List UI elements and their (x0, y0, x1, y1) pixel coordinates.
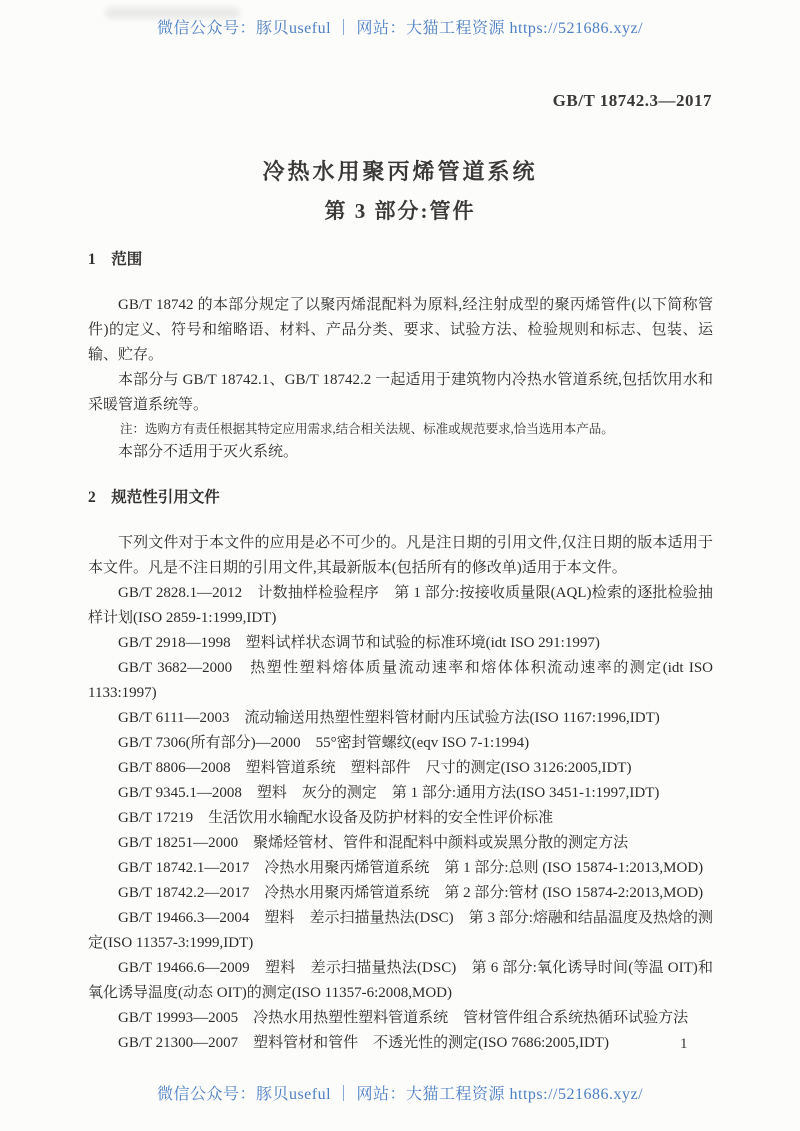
reference-item: GB/T 19993—2005 冷热水用热塑性塑料管道系统 管材管件组合系统热循… (88, 1006, 713, 1031)
reference-item: GB/T 2918—1998 塑料试样状态调节和试验的标准环境(idt ISO … (88, 631, 713, 656)
watermark-top: 微信公众号：豚贝useful ｜ 网站：大猫工程资源 https://52168… (0, 15, 800, 38)
document-body: 1 范围 GB/T 18742 的本部分规定了以聚丙烯混配料为原料,经注射成型的… (88, 249, 713, 1056)
reference-item: GB/T 18742.2—2017 冷热水用聚丙烯管道系统 第 2 部分:管材 … (88, 881, 713, 906)
reference-item: GB/T 19466.6—2009 塑料 差示扫描量热法(DSC) 第 6 部分… (88, 956, 713, 1006)
reference-item: GB/T 6111—2003 流动输送用热塑性塑料管材耐内压试验方法(ISO 1… (88, 706, 713, 731)
reference-item: GB/T 3682—2000 热塑性塑料熔体质量流动速率和熔体体积流动速率的测定… (88, 656, 713, 706)
reference-item: GB/T 17219 生活饮用水输配水设备及防护材料的安全性评价标准 (88, 806, 713, 831)
document-page: 微信公众号：豚贝useful ｜ 网站：大猫工程资源 https://52168… (0, 0, 800, 1131)
reference-item: GB/T 9345.1—2008 塑料 灰分的测定 第 1 部分:通用方法(IS… (88, 781, 713, 806)
reference-item: GB/T 19466.3—2004 塑料 差示扫描量热法(DSC) 第 3 部分… (88, 906, 713, 956)
reference-item: GB/T 21300—2007 塑料管材和管件 不透光性的测定(ISO 7686… (88, 1031, 713, 1056)
reference-item: GB/T 7306(所有部分)—2000 55°密封管螺纹(eqv ISO 7-… (88, 731, 713, 756)
reference-item: GB/T 8806—2008 塑料管道系统 塑料部件 尺寸的测定(ISO 312… (88, 756, 713, 781)
normative-intro: 下列文件对于本文件的应用是必不可少的。凡是注日期的引用文件,仅注日期的版本适用于… (88, 531, 713, 581)
reference-item: GB/T 18251—2000 聚烯烃管材、管件和混配料中颜料或炭黑分散的测定方… (88, 831, 713, 856)
page-number: 1 (680, 1036, 688, 1053)
scope-paragraph-1: GB/T 18742 的本部分规定了以聚丙烯混配料为原料,经注射成型的聚丙烯管件… (88, 293, 713, 368)
watermark-bottom: 微信公众号：豚贝useful ｜ 网站：大猫工程资源 https://52168… (0, 1081, 800, 1104)
document-title-line2: 第 3 部分:管件 (0, 195, 800, 225)
reference-item: GB/T 2828.1—2012 计数抽样检验程序 第 1 部分:按接收质量限(… (88, 581, 713, 631)
section-1-heading: 1 范围 (88, 249, 713, 271)
document-title: 冷热水用聚丙烯管道系统 第 3 部分:管件 (0, 155, 800, 225)
reference-item: GB/T 18742.1—2017 冷热水用聚丙烯管道系统 第 1 部分:总则 … (88, 856, 713, 881)
scope-note: 注：选购方有责任根据其特定应用需求,结合相关法规、标准或规范要求,恰当选用本产品… (88, 418, 713, 440)
document-title-line1: 冷热水用聚丙烯管道系统 (0, 155, 800, 186)
section-2-heading: 2 规范性引用文件 (88, 487, 713, 509)
standard-number: GB/T 18742.3—2017 (553, 91, 712, 111)
scope-paragraph-3: 本部分不适用于灭火系统。 (88, 440, 713, 465)
scope-paragraph-2: 本部分与 GB/T 18742.1、GB/T 18742.2 一起适用于建筑物内… (88, 368, 713, 418)
